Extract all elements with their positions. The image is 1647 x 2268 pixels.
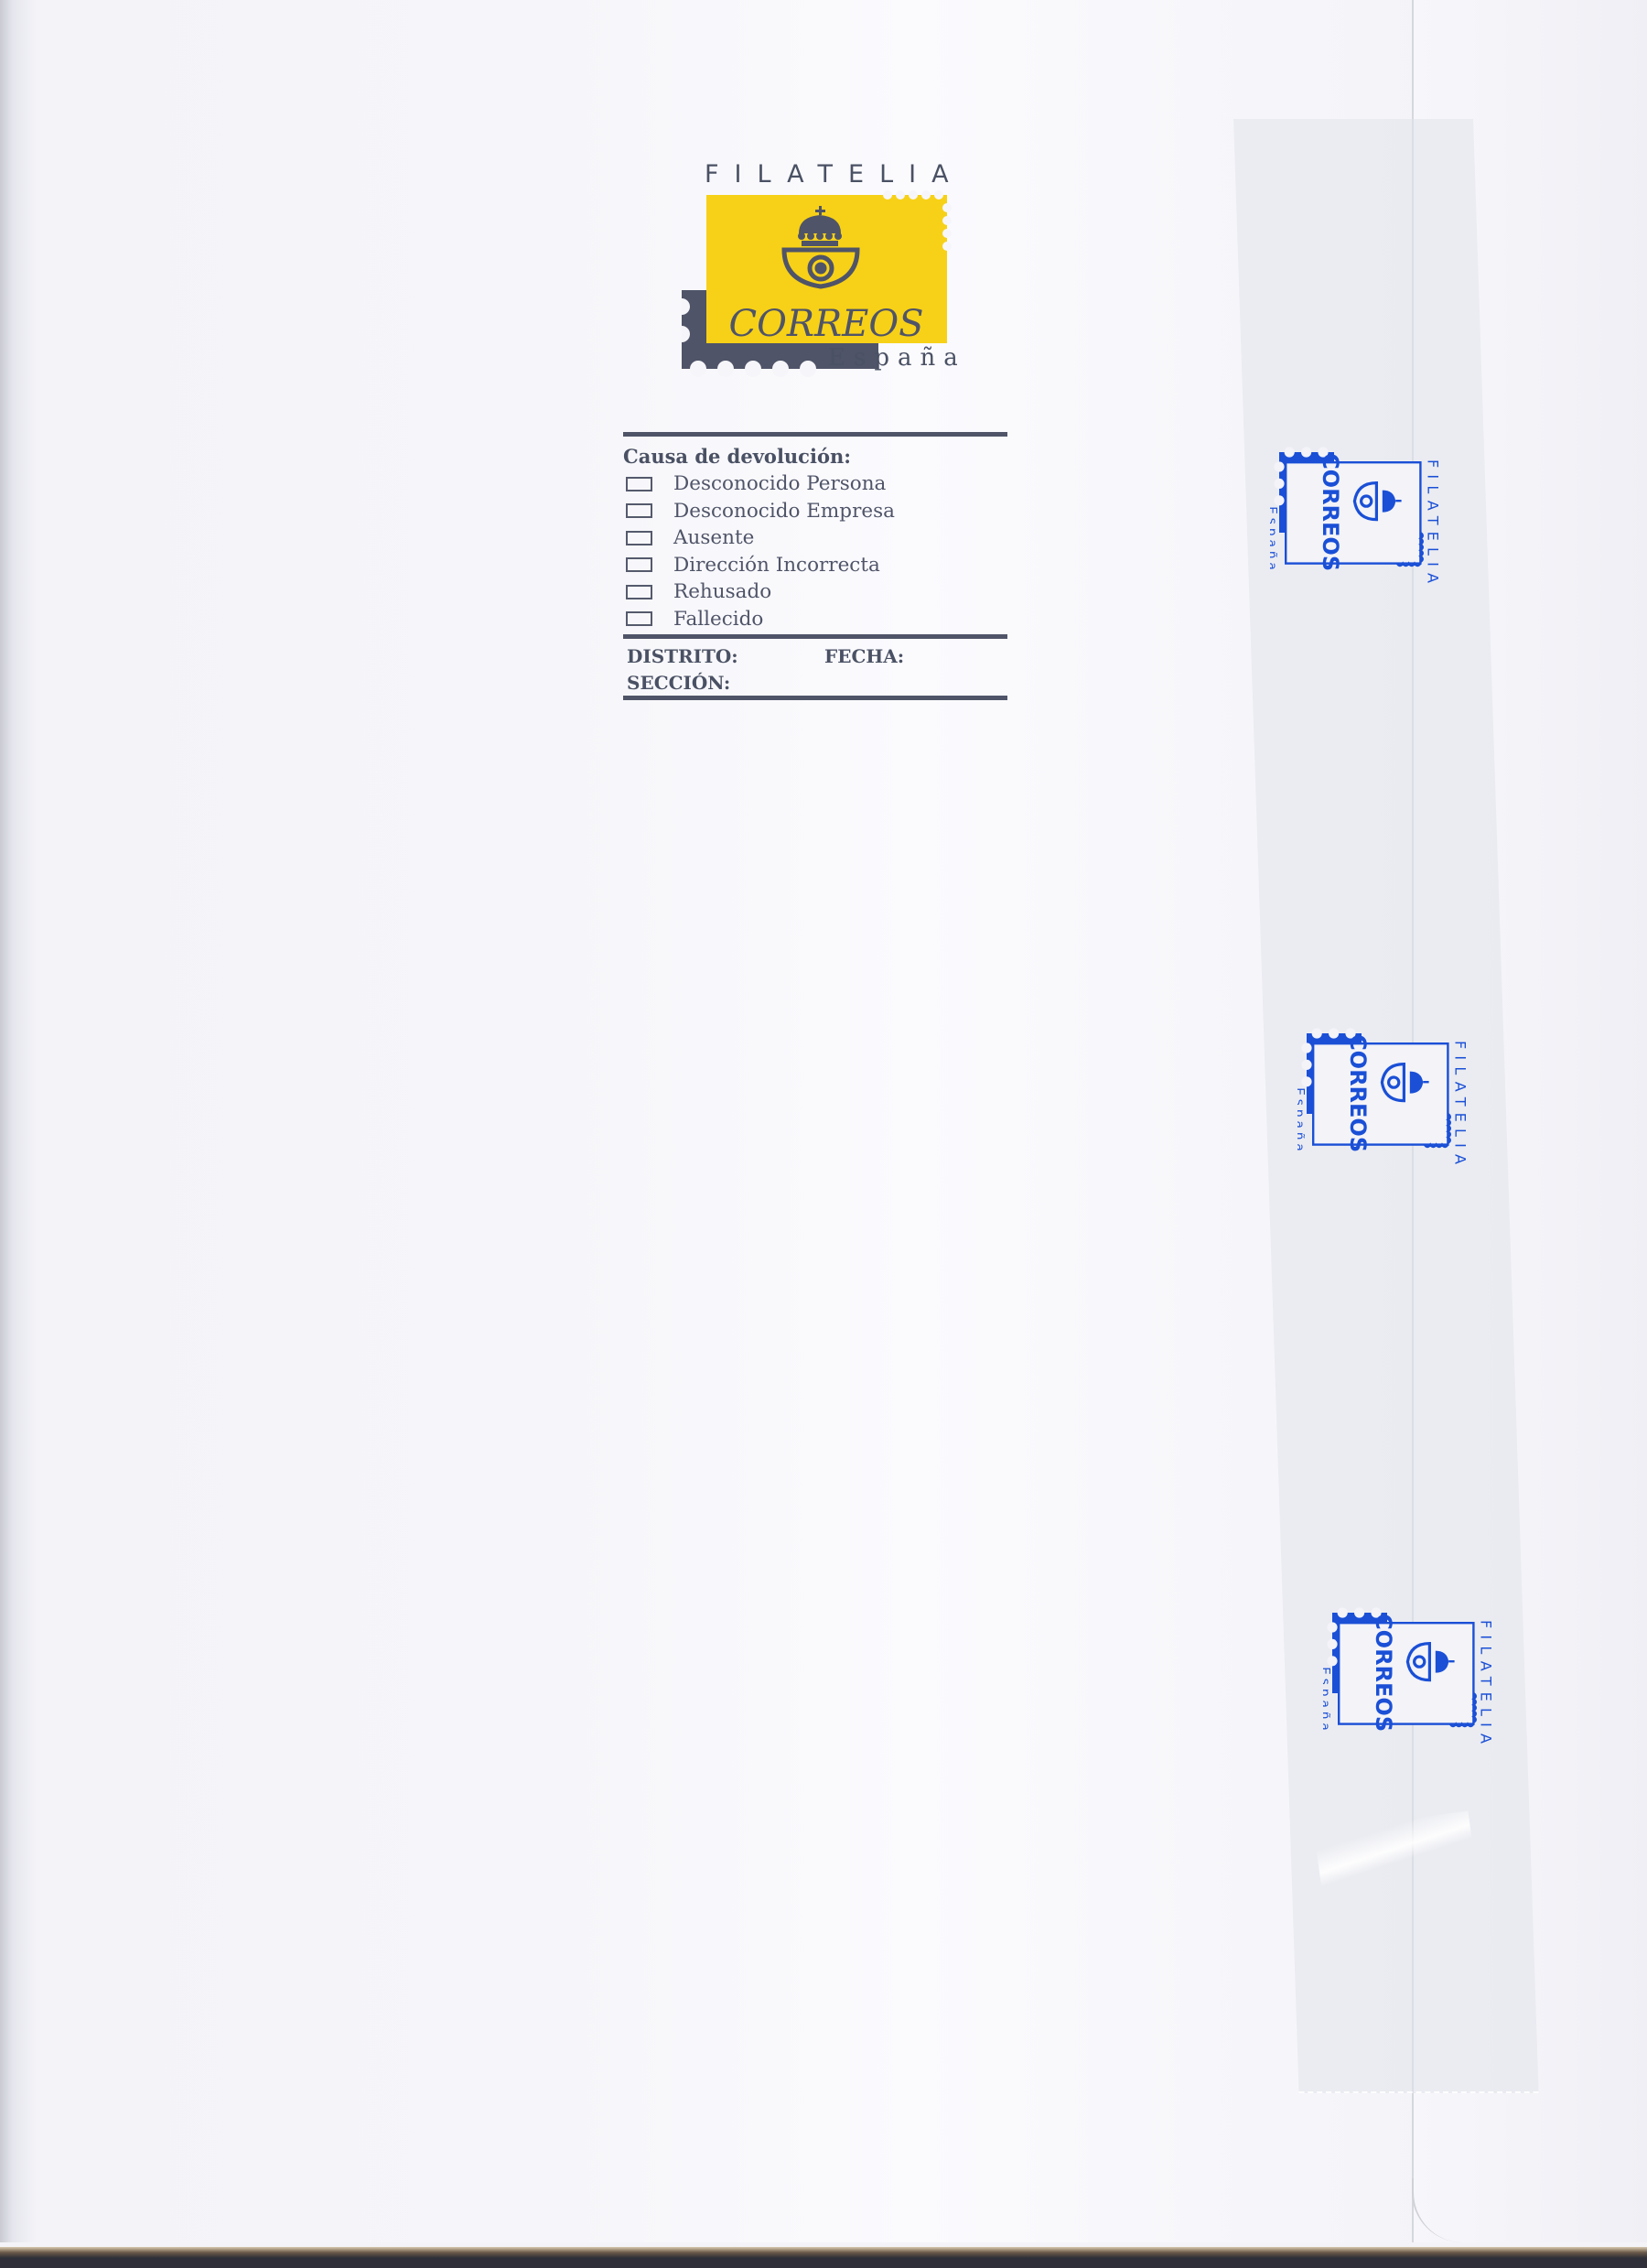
filatelia-stamp-3: CORREOS FILATELIA España bbox=[1323, 1591, 1497, 1810]
checkbox[interactable] bbox=[626, 611, 652, 626]
svg-text:FILATELIA: FILATELIA bbox=[1424, 459, 1441, 589]
option-label: Fallecido bbox=[673, 608, 763, 631]
logo-country: España bbox=[828, 344, 966, 372]
checkbox[interactable] bbox=[626, 585, 652, 599]
option-label: Desconocido Empresa bbox=[673, 500, 895, 523]
logo-title: FILATELIA bbox=[705, 160, 961, 189]
filatelia-correos-logo: CORREOS FILATELIA España bbox=[682, 160, 956, 380]
option-direccion-incorrecta[interactable]: Dirección Incorrecta bbox=[623, 552, 1007, 579]
option-label: Dirección Incorrecta bbox=[673, 554, 880, 577]
svg-text:España: España bbox=[1323, 1667, 1332, 1734]
checkbox[interactable] bbox=[626, 503, 652, 518]
form-footer: DISTRITO: FECHA: SECCIÓN: bbox=[623, 639, 1007, 696]
svg-text:CORREOS: CORREOS bbox=[1318, 453, 1343, 571]
option-desconocido-persona[interactable]: Desconocido Persona bbox=[623, 470, 1007, 498]
checkbox[interactable] bbox=[626, 531, 652, 545]
date-label: FECHA: bbox=[824, 645, 904, 667]
checkbox[interactable] bbox=[626, 557, 652, 572]
option-label: Rehusado bbox=[673, 580, 771, 603]
divider-top bbox=[623, 432, 1007, 437]
svg-text:FILATELIA: FILATELIA bbox=[1451, 1041, 1469, 1171]
option-label: Ausente bbox=[673, 526, 754, 549]
svg-text:CORREOS: CORREOS bbox=[1371, 1614, 1396, 1732]
form-heading: Causa de devolución: bbox=[623, 445, 1007, 470]
svg-text:CORREOS: CORREOS bbox=[1345, 1034, 1371, 1152]
checkbox[interactable] bbox=[626, 477, 652, 491]
svg-text:España: España bbox=[1297, 1087, 1307, 1155]
filatelia-stamp-2: CORREOS FILATELIA España bbox=[1297, 1011, 1471, 1231]
option-rehusado[interactable]: Rehusado bbox=[623, 578, 1007, 606]
svg-text:España: España bbox=[1270, 506, 1279, 574]
filatelia-stamp-1: CORREOS FILATELIA España bbox=[1270, 430, 1444, 650]
brand-text: CORREOS bbox=[728, 303, 923, 345]
divider-bottom bbox=[623, 696, 1007, 700]
district-label: DISTRITO: bbox=[627, 645, 738, 667]
return-reason-form: Causa de devolución: Desconocido Persona… bbox=[623, 432, 1007, 700]
option-desconocido-empresa[interactable]: Desconocido Empresa bbox=[623, 498, 1007, 525]
section-label: SECCIÓN: bbox=[627, 672, 730, 694]
option-label: Desconocido Persona bbox=[673, 472, 886, 495]
option-ausente[interactable]: Ausente bbox=[623, 524, 1007, 552]
svg-text:FILATELIA: FILATELIA bbox=[1477, 1620, 1494, 1750]
option-fallecido[interactable]: Fallecido bbox=[623, 606, 1007, 633]
scan-bottom-edge bbox=[0, 2247, 1647, 2268]
